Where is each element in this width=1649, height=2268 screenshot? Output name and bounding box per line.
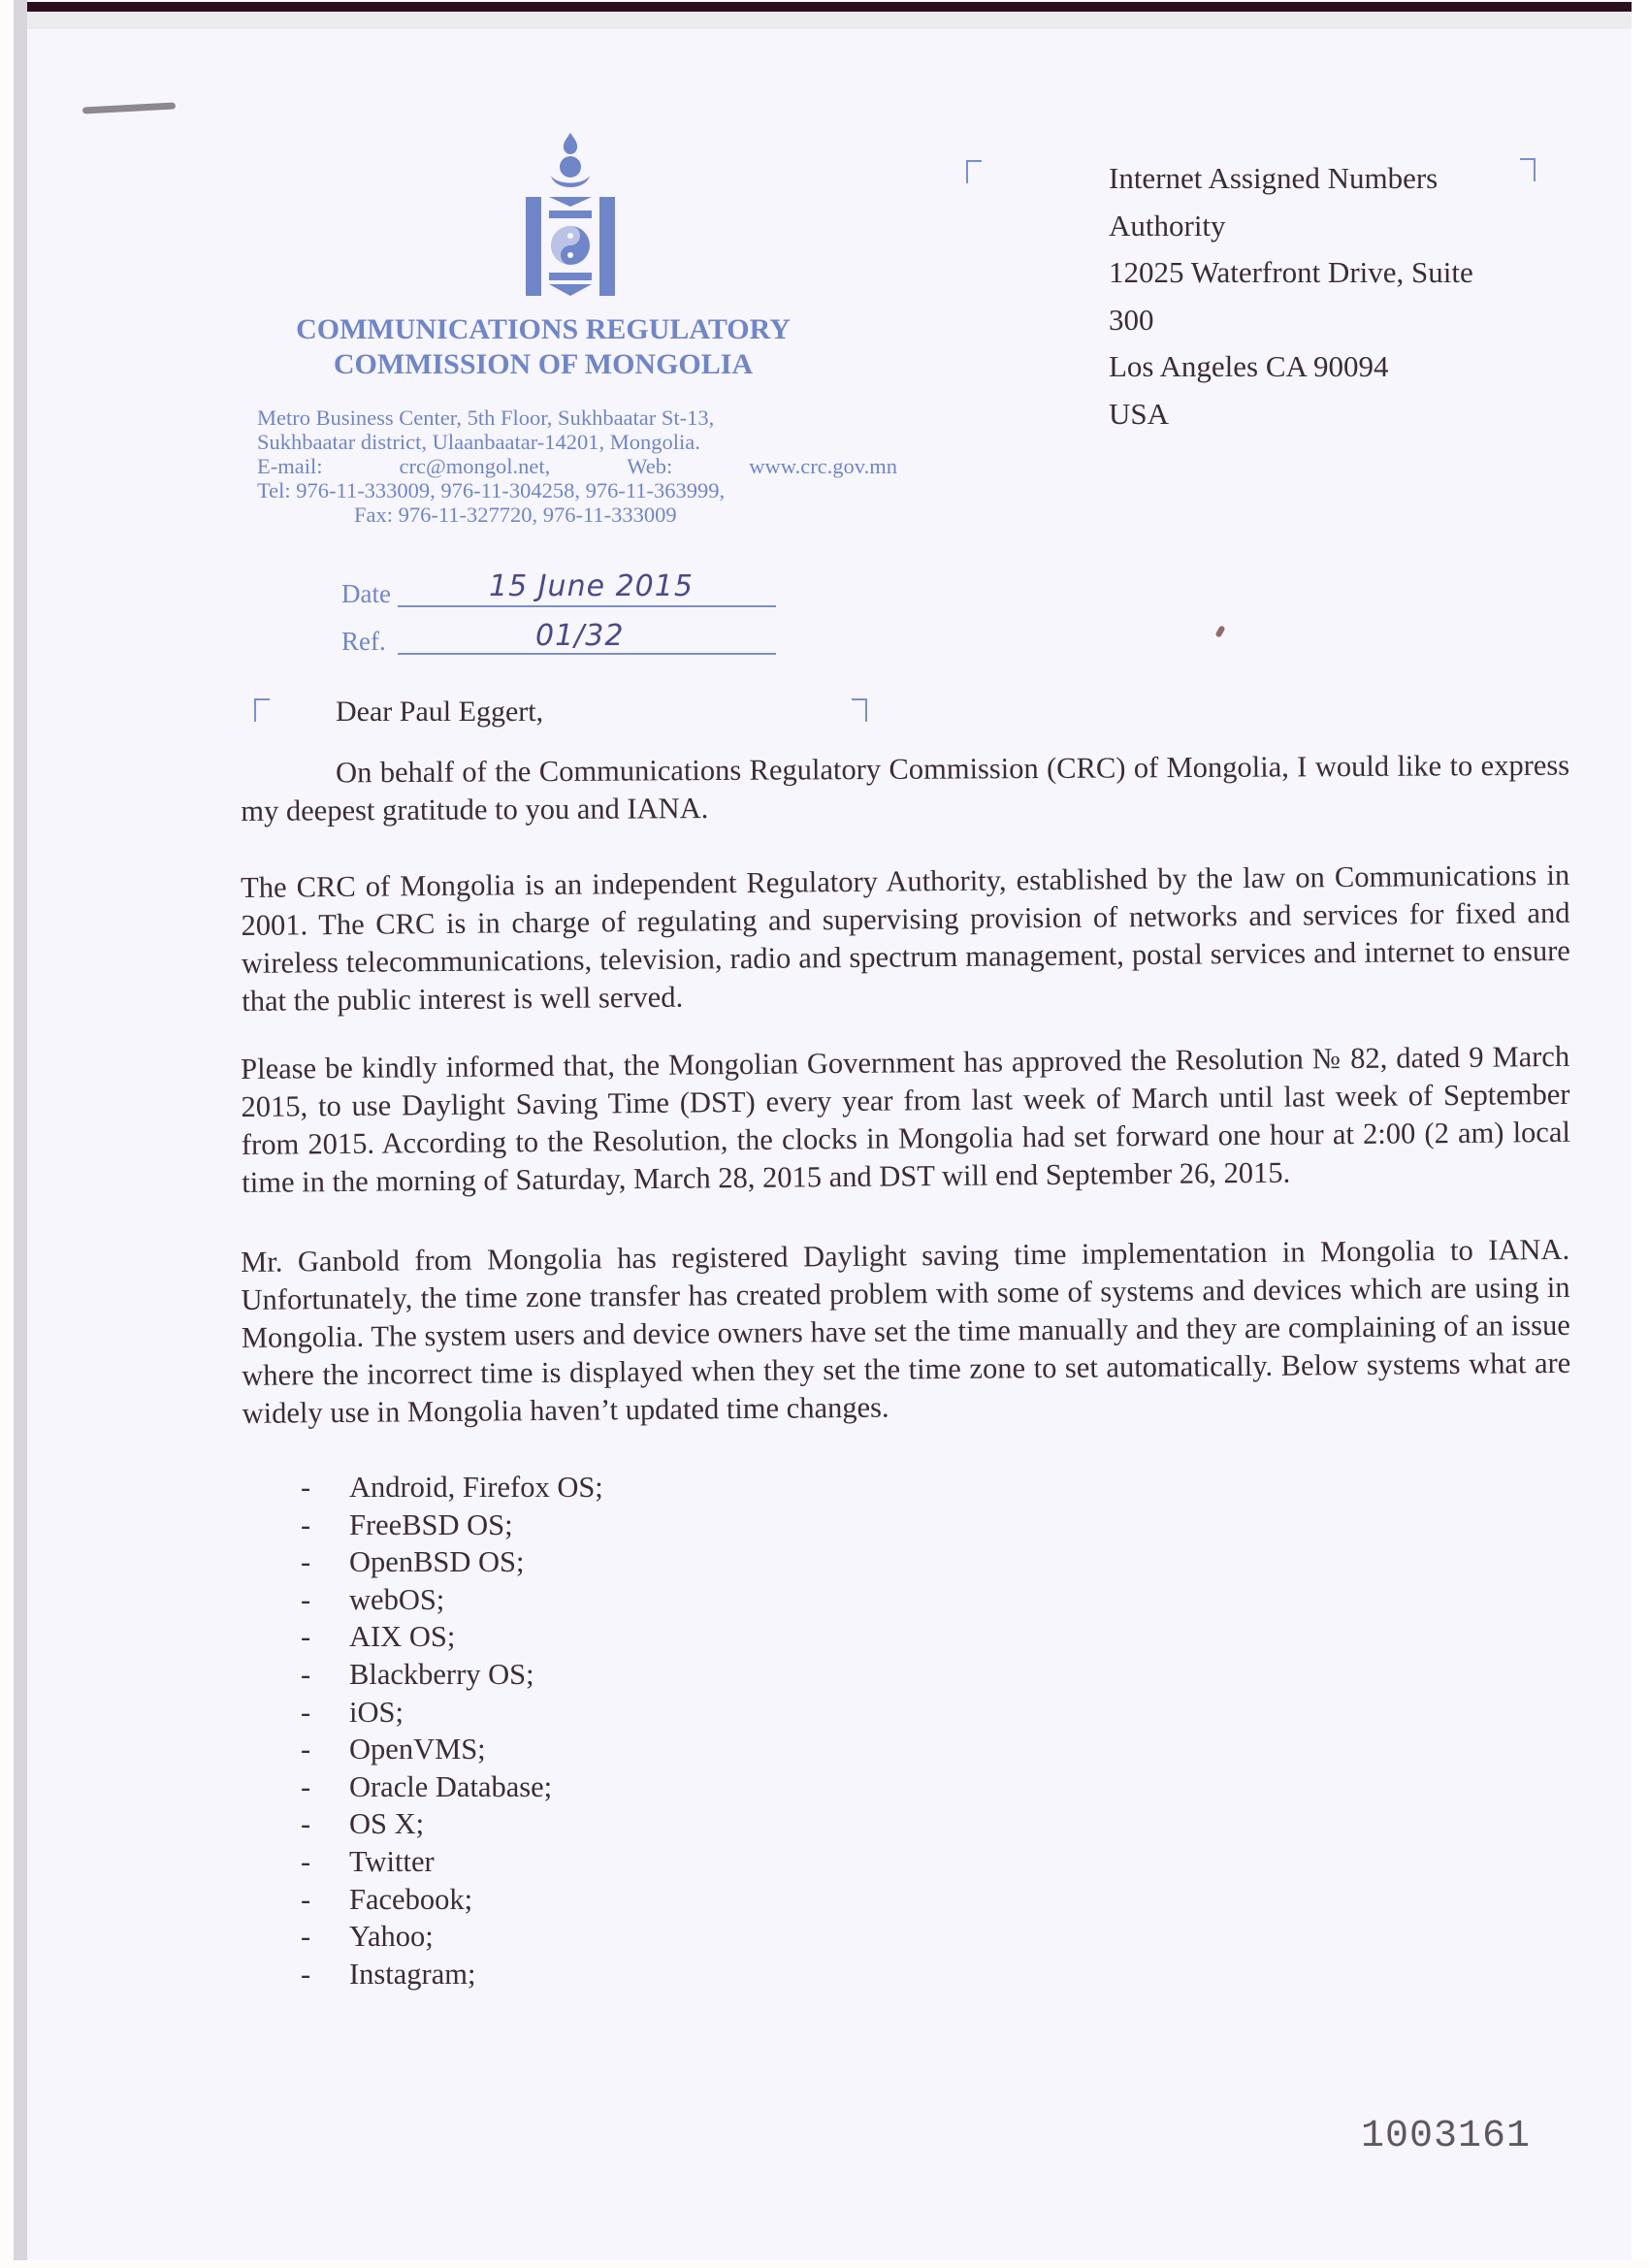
list-item: -Facebook; [301, 1881, 603, 1919]
organization-address: Metro Business Center, 5th Floor, Sukhba… [257, 405, 897, 527]
recipient-line: Authority [1109, 203, 1473, 250]
list-item: -AIX OS; [301, 1618, 603, 1656]
ref-handwritten: 01/32 [535, 619, 624, 653]
scanner-top-border [27, 2, 1632, 12]
list-item: -OS X; [301, 1805, 603, 1843]
list-item: -Android, Firefox OS; [301, 1469, 603, 1507]
recipient-line: USA [1109, 391, 1473, 438]
salutation: Dear Paul Eggert, [336, 696, 543, 729]
salutation-bracket-tr [852, 698, 867, 722]
page-top-shadow [27, 12, 1632, 29]
paragraph-gratitude: On behalf of the Communications Regulato… [241, 747, 1569, 830]
scan-background-right [1632, 0, 1649, 2268]
organization-name: COMMUNICATIONS REGULATORY COMMISSION OF … [242, 312, 844, 382]
email-label: E-mail: [257, 454, 322, 478]
list-item: -Yahoo; [301, 1918, 603, 1956]
contact-line: E-mail: crc@mongol.net, Web: www.crc.gov… [257, 454, 897, 478]
list-item: -webOS; [301, 1581, 603, 1619]
ref-label: Ref. [341, 627, 386, 656]
paragraph-dst-resolution: Please be kindly informed that, the Mong… [241, 1038, 1570, 1202]
document-stamp-number: 1003161 [1361, 2115, 1531, 2158]
scan-background-bottom [0, 2260, 1649, 2268]
address-window-bracket-tl [966, 160, 982, 183]
web-link[interactable]: www.crc.gov.mn [749, 454, 897, 478]
date-label: Date [341, 579, 391, 608]
salutation-bracket-tl [254, 698, 270, 722]
list-item: -FreeBSD OS; [301, 1507, 603, 1544]
list-item: -OpenVMS; [301, 1731, 603, 1768]
scan-page-edge [14, 0, 27, 2260]
recipient-line: Los Angeles CA 90094 [1109, 343, 1473, 391]
paragraph-timezone-problem: Mr. Ganbold from Mongolia has registered… [241, 1231, 1571, 1433]
address-window-bracket-tr [1520, 158, 1536, 181]
list-item: -Twitter [301, 1843, 603, 1881]
soyombo-emblem-icon [522, 131, 619, 298]
recipient-line: 300 [1109, 297, 1473, 344]
web-label: Web: [627, 454, 672, 478]
list-item: -OpenBSD OS; [301, 1543, 603, 1581]
telephone-line: Tel: 976-11-333009, 976-11-304258, 976-1… [257, 478, 897, 502]
recipient-line: 12025 Waterfront Drive, Suite [1109, 249, 1473, 297]
date-handwritten: 15 June 2015 [489, 569, 694, 603]
address-line-1: Metro Business Center, 5th Floor, Sukhba… [257, 405, 897, 430]
address-line-2: Sukhbaatar district, Ulaanbaatar-14201, … [257, 430, 897, 454]
ref-field: Ref. 01/32 [341, 627, 386, 657]
fax-line: Fax: 976-11-327720, 976-11-333009 [257, 502, 897, 527]
date-underline [398, 605, 776, 607]
scan-background-left [0, 0, 14, 2260]
list-item: -Instagram; [301, 1956, 603, 1993]
paragraph-crc-description: The CRC of Mongolia is an independent Re… [241, 857, 1570, 1021]
ref-underline [398, 653, 776, 655]
list-item: -Oracle Database; [301, 1768, 603, 1806]
recipient-line: Internet Assigned Numbers [1109, 155, 1473, 203]
email-link[interactable]: crc@mongol.net, [400, 454, 551, 478]
affected-systems-list: -Android, Firefox OS; -FreeBSD OS; -Open… [301, 1469, 603, 1993]
date-field: Date 15 June 2015 [341, 579, 391, 609]
list-item: -Blackberry OS; [301, 1656, 603, 1694]
recipient-address: Internet Assigned Numbers Authority 1202… [1109, 155, 1473, 437]
list-item: -iOS; [301, 1694, 603, 1732]
